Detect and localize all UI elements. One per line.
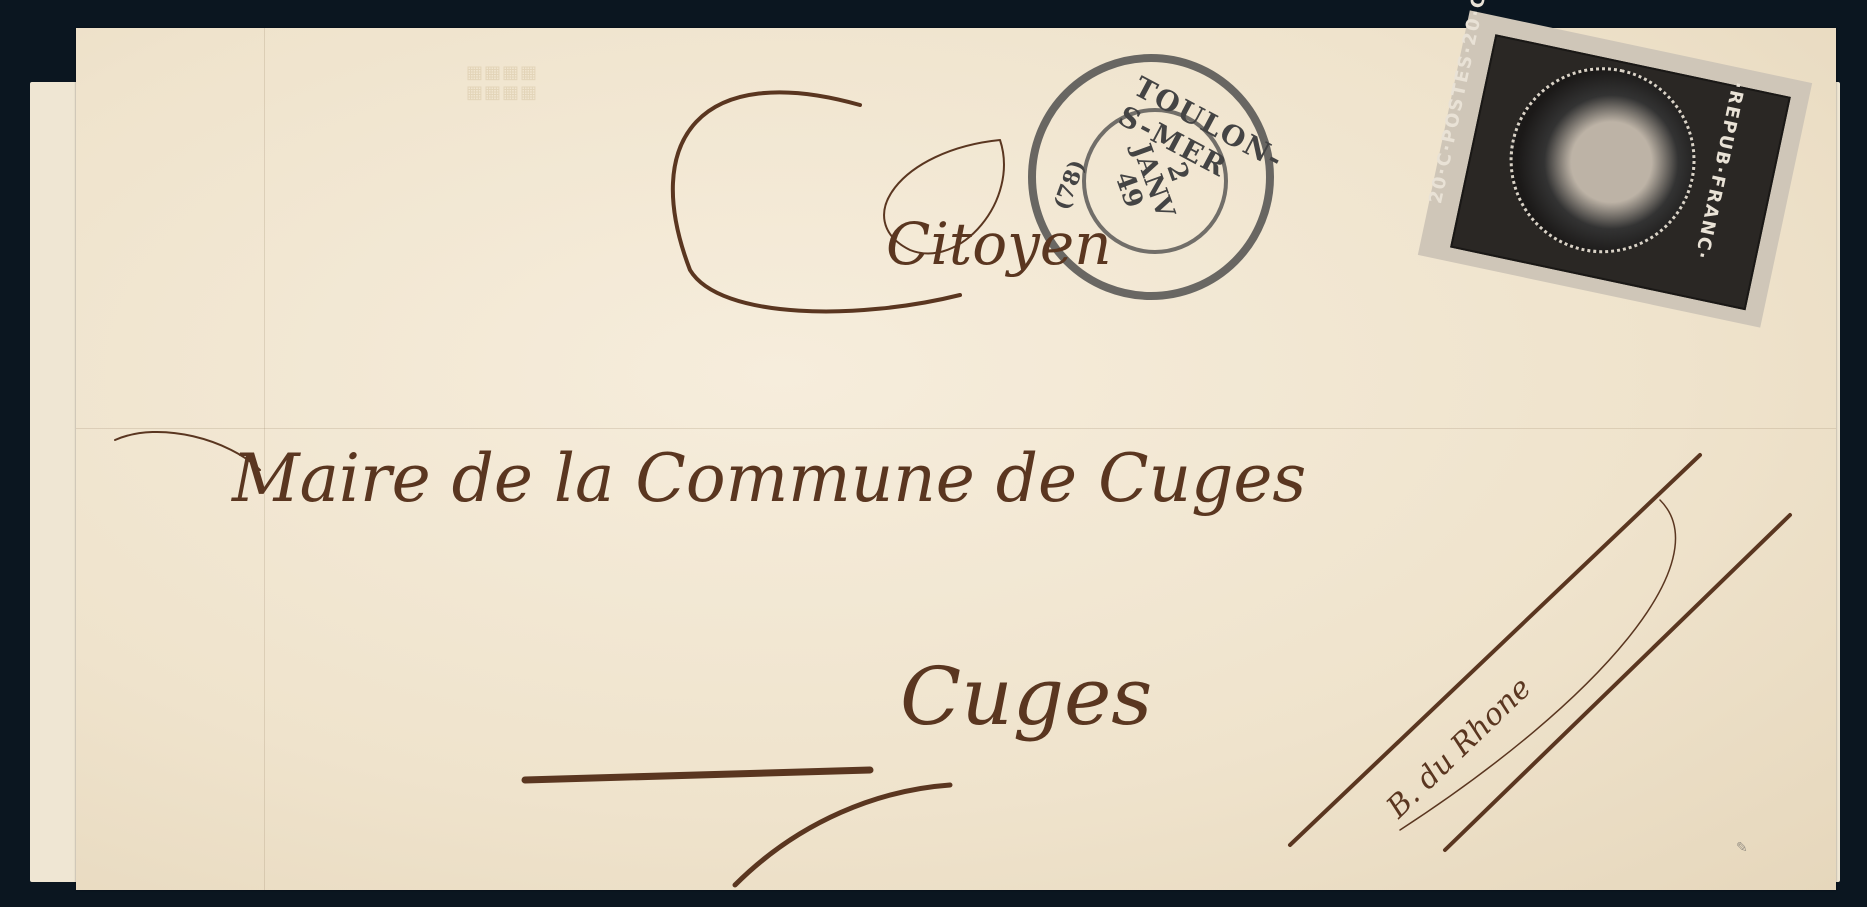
- address-town: Cuges: [900, 650, 1152, 743]
- corner-mark: ✎: [1736, 840, 1796, 862]
- address-recipient: Maire de la Commune de Cuges: [232, 440, 1306, 517]
- address-salutation: Citoyen: [886, 210, 1112, 278]
